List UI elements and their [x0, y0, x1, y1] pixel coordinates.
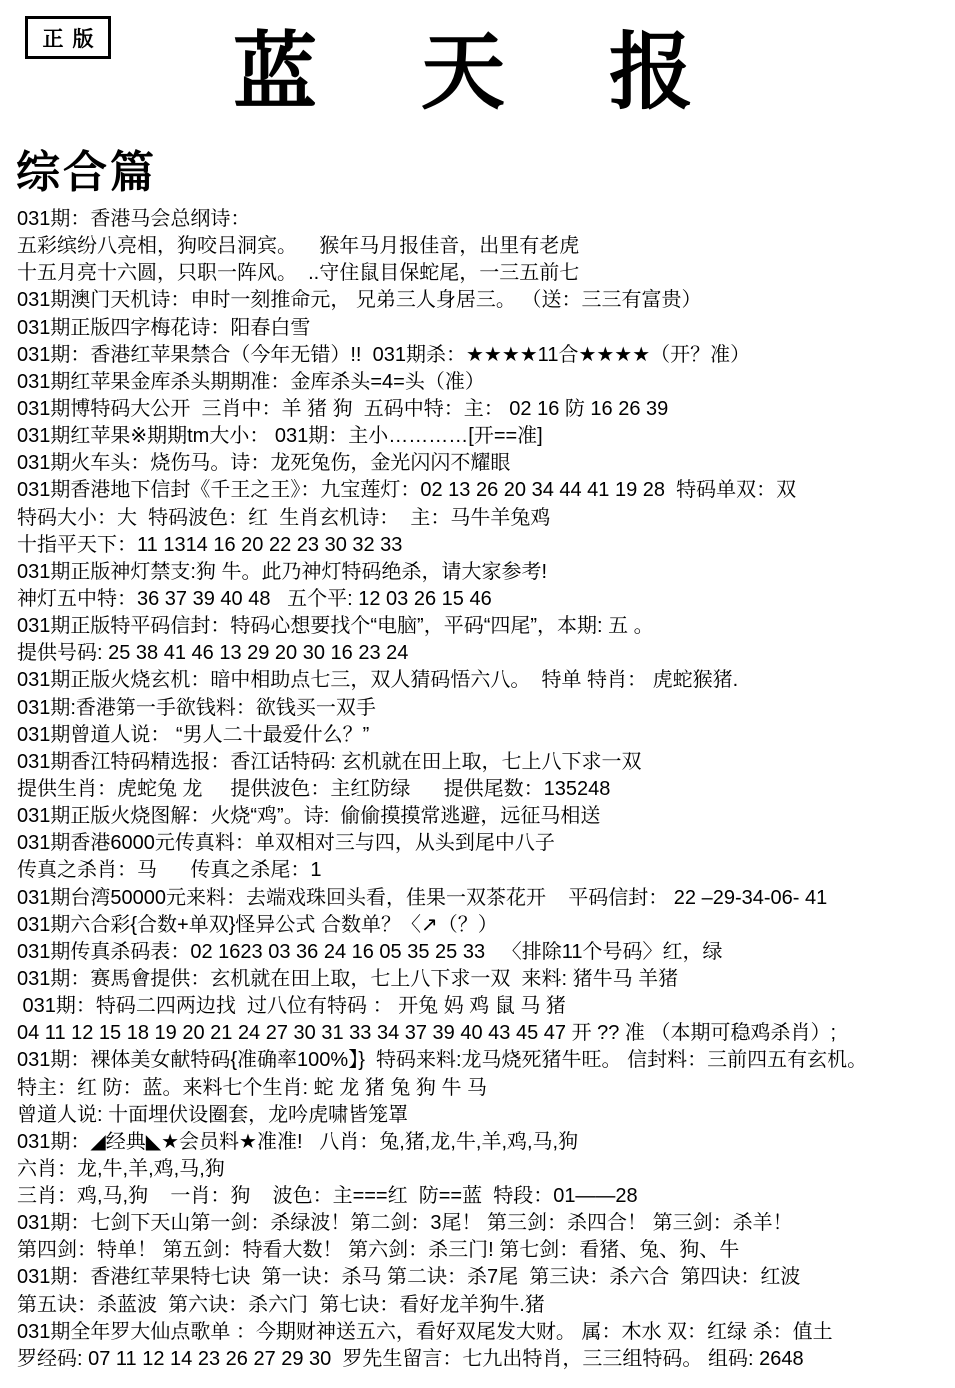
text-line: 031期正版火烧玄机：暗中相助点七三，双人猜码悟六八。 特单 特肖： 虎蛇猴猪. [17, 667, 953, 694]
text-line: 031期红苹果金库杀头期期准：金库杀头=4=头（准） [17, 369, 953, 396]
text-line: 04 11 12 15 18 19 20 21 24 27 30 31 33 3… [17, 1020, 953, 1047]
page-title: 蓝天报 [233, 28, 797, 120]
text-line: 传真之杀肖：马 传真之杀尾：1 [17, 857, 953, 884]
text-line: 031期：裸体美女献特码{准确率100%】} 特码来料:龙马烧死猪牛旺。 信封料… [17, 1047, 953, 1074]
text-line: 031期：香港马会总纲诗： [17, 206, 953, 233]
text-line: 031期六合彩{合数+单双}怪异公式 合数单？〈↗（？） [17, 912, 953, 939]
text-line: 031期:香港第一手欲钱料：欲钱买一双手 [17, 695, 953, 722]
text-line: 031期：◢经典◣★会员料★准准! 八肖：兔,猪,龙,牛,羊,鸡,马,狗 [17, 1129, 953, 1156]
text-line: 特码大小：大 特码波色：红 生肖玄机诗： 主：马牛羊兔鸡 [17, 505, 953, 532]
text-line: 第五诀：杀蓝波 第六诀：杀六门 第七诀：看好龙羊狗牛.猪 [17, 1292, 953, 1319]
text-line: 031期火车头：烧伤马。诗：龙死兔伤，金光闪闪不耀眼 [17, 450, 953, 477]
text-line: 031期博特码大公开 三肖中：羊 猪 狗 五码中特：主： 02 16 防 16 … [17, 396, 953, 423]
text-line: 031期澳门天机诗：申时一刻推命元， 兄弟三人身居三。 （送：三三有富贵） [17, 287, 953, 314]
text-line: 031期香江特码精选报：香江话特码: 玄机就在田上取，七上八下求一双 [17, 749, 953, 776]
text-line: 031期曾道人说： “男人二十最爱什么？” [17, 722, 953, 749]
text-line: 第四剑：特单！ 第五剑：特看大数！ 第六剑：杀三门! 第七剑：看猪、兔、狗、牛 [17, 1237, 953, 1264]
text-line: 031期正版火烧图解：火烧“鸡”。诗: 偷偷摸摸常逃避，远征马相送 [17, 803, 953, 830]
text-line: 031期红苹果※期期tm大小： 031期：主小…………[开==准] [17, 423, 953, 450]
text-line: 031期传真杀码表：02 1623 03 36 24 16 05 35 25 3… [17, 939, 953, 966]
text-line: 031期正版四字梅花诗：阳春白雪 [17, 315, 953, 342]
text-line: 曾道人说: 十面埋伏设圈套，龙吟虎啸皆笼罩 [17, 1102, 953, 1129]
genuine-edition-label: 正版 [34, 23, 103, 53]
text-line: 031期：香港红苹果禁合（今年无错）!! 031期杀：★★★★11合★★★★（开… [17, 342, 953, 369]
text-line: 031期：赛馬會提供：玄机就在田上取，七上八下求一双 来料: 猪牛马 羊猪 [17, 966, 953, 993]
text-line: 十五月亮十六圆，只职一阵风。 ..守住鼠目保蛇尾，一三五前七 [17, 260, 953, 287]
text-line: 031期全年罗大仙点歌单 ：今期财神送五六，看好双尾发大财。 属：木水 双：红绿… [17, 1319, 953, 1346]
text-line: 031期正版神灯禁支:狗 牛。此乃神灯特码绝杀，请大家参考! [17, 559, 953, 586]
text-line: 十指平天下：11 1314 16 20 22 23 30 32 33 [17, 532, 953, 559]
section-title: 综合篇 [16, 136, 157, 200]
text-line: 神灯五中特：36 37 39 40 48 五个平: 12 03 26 15 46 [17, 586, 953, 613]
text-line: 031期：香港红苹果特七诀 第一诀：杀马 第二诀：杀7尾 第三诀：杀六合 第四诀… [17, 1264, 953, 1291]
text-line: 031期：七剑下天山第一剑：杀绿波！第二剑：3尾！ 第三剑：杀四合！ 第三剑：杀… [17, 1210, 953, 1237]
genuine-edition-badge: 正版 [25, 16, 111, 59]
text-line: 031期正版特平码信封：特码心想要找个“电脑”，平码“四尾”，本期: 五 。 [17, 613, 953, 640]
newspaper-page: 正版 蓝天报 综合篇 031期：香港马会总纲诗：五彩缤纷八亮相，狗咬吕洞宾。 猴… [0, 0, 955, 1388]
text-line: 特主：红 防：蓝。来料七个生肖: 蛇 龙 猪 兔 狗 牛 马 [17, 1075, 953, 1102]
text-line: 提供号码: 25 38 41 46 13 29 20 30 16 23 24 [17, 640, 953, 667]
text-line: 031期：特码二四两边找 过八位有特码 ： 开兔 妈 鸡 鼠 马 猪 [17, 993, 953, 1020]
text-line: 三肖：鸡,马,狗 一肖：狗 波色：主===红 防==蓝 特段：01——28 [17, 1183, 953, 1210]
text-line: 031期香港地下信封《千王之王》：九宝莲灯：02 13 26 20 34 44 … [17, 477, 953, 504]
text-line: 六肖：龙,牛,羊,鸡,马,狗 [17, 1156, 953, 1183]
text-line: 罗经码: 07 11 12 14 23 26 27 29 30 罗先生留言：七九… [17, 1346, 953, 1373]
body-lines: 031期：香港马会总纲诗：五彩缤纷八亮相，狗咬吕洞宾。 猴年马月报佳音，出里有老… [17, 206, 953, 1373]
text-line: 五彩缤纷八亮相，狗咬吕洞宾。 猴年马月报佳音，出里有老虎 [17, 233, 953, 260]
text-line: 031期台湾50000元来料：去端戏珠回头看，佳果一双茶花开 平码信封： 22 … [17, 885, 953, 912]
text-line: 031期香港6000元传真料：单双相对三与四，从头到尾中八子 [17, 830, 953, 857]
text-line: 提供生肖：虎蛇兔 龙 提供波色：主红防绿 提供尾数：135248 [17, 776, 953, 803]
